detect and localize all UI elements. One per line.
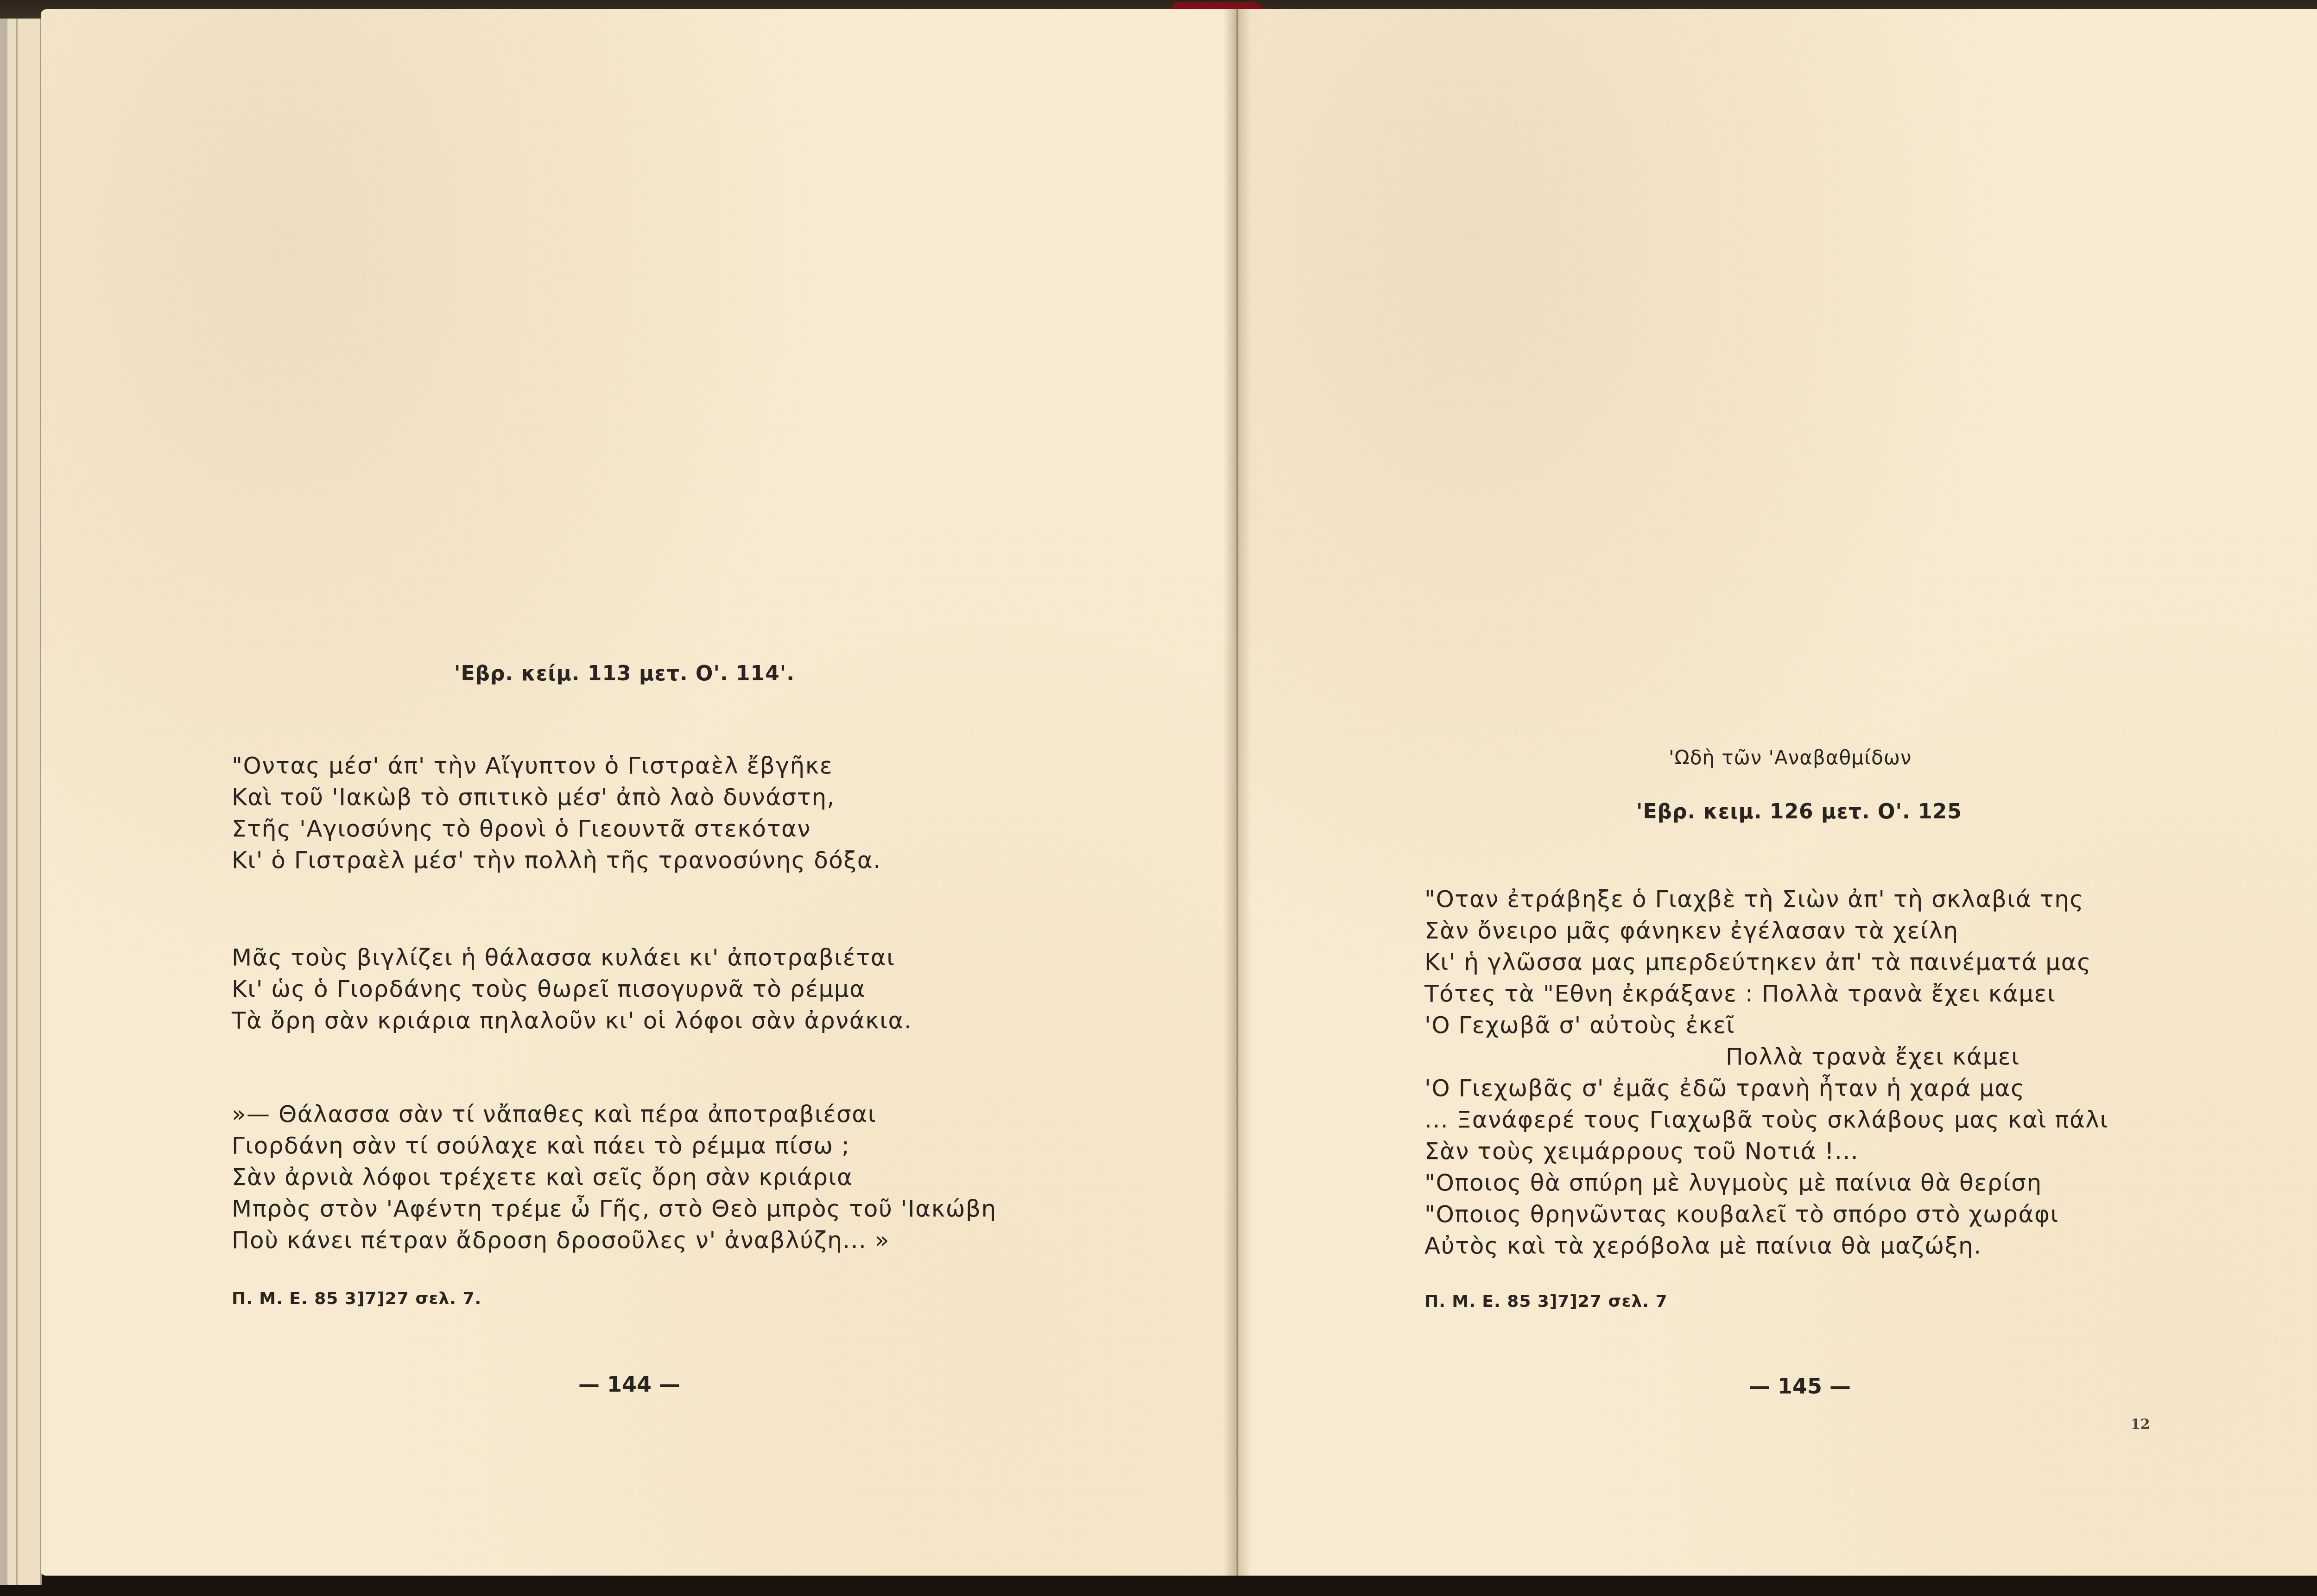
verse-line: "Οποιος θὰ σπύρη μὲ λυγμοὺς μὲ παίνια θὰ…: [1424, 1167, 2108, 1198]
verse-line: Μᾶς τοὺς βιγλίζει ἡ θάλασσα κυλάει κι' ἀ…: [232, 942, 912, 973]
verse-line: Κι' ὁ Γιστραὲλ μέσ' τὴν πολλὴ τῆς τρανοσ…: [232, 844, 881, 876]
left-page: 'Εβρ. κείμ. 113 μετ. Ο'. 114'. "Οντας μέ…: [41, 9, 1235, 1576]
verse-line: ... Ξανάφερέ τους Γιαχωβᾶ τοὺς σκλάβους …: [1424, 1104, 2108, 1135]
verse-line: Μπρὸς στὸν 'Αφέντη τρέμε ὦ Γῆς, στὸ Θεὸ …: [232, 1193, 997, 1224]
verse-line: Γιορδάνη σὰν τί σούλαχε καὶ πάει τὸ ρέμμ…: [232, 1130, 997, 1161]
verse-line: Αὐτὸς καὶ τὰ χερόβολα μὲ παίνια θὰ μαζώξ…: [1424, 1230, 2108, 1261]
right-verse-block: "Οταν ἐτράβηξε ὁ Γιαχβὲ τὴ Σιὼν ἀπ' τὴ σ…: [1424, 883, 2108, 1261]
verse-line: Σὰν ἀρνιὰ λόφοι τρέχετε καὶ σεῖς ὄρη σὰν…: [232, 1161, 997, 1193]
verse-line: Στῆς 'Αγιοσύνης τὸ θρονὶ ὁ Γιεουντᾶ στεκ…: [232, 813, 881, 844]
verse-line: "Οποιος θρηνῶντας κουβαλεῖ τὸ σπόρο στὸ …: [1424, 1198, 2108, 1230]
right-page-number: — 145 —: [1749, 1374, 1851, 1399]
verse-line: Σὰν τοὺς χειμάρρους τοῦ Νοτιά !...: [1424, 1135, 2108, 1167]
left-page-number: — 144 —: [578, 1372, 680, 1397]
verse-line: Καὶ τοῦ 'Ιακὼβ τὸ σπιτικὸ μέσ' ἀπὸ λαὸ δ…: [232, 781, 881, 813]
verse-line-indented: Πολλὰ τρανὰ ἔχει κάμει: [1424, 1041, 2108, 1072]
verse-line: Σὰν ὄνειρο μᾶς φάνηκεν ἐγέλασαν τὰ χείλη: [1424, 915, 2108, 946]
left-stanza-2: Μᾶς τοὺς βιγλίζει ἡ θάλασσα κυλάει κι' ἀ…: [232, 942, 912, 1036]
page-stack-left-edge: [0, 19, 42, 1585]
verse-line: Ποὺ κάνει πέτραν ἄδροση δροσοῦλες ν' ἀνα…: [232, 1224, 997, 1256]
left-reference-heading: 'Εβρ. κείμ. 113 μετ. Ο'. 114'.: [454, 662, 795, 685]
verse-line: "Οντας μέσ' άπ' τὴν Αἴγυπτον ὁ Γιστραὲλ …: [232, 750, 881, 781]
right-page: 'Ωδὴ τῶν 'Αναβαθμίδων 'Εβρ. κειμ. 126 με…: [1235, 9, 2317, 1576]
right-source-citation: Π. Μ. Ε. 85 3]7]27 σελ. 7: [1424, 1292, 1668, 1311]
right-reference-heading: 'Εβρ. κειμ. 126 μετ. Ο'. 125: [1636, 800, 1962, 823]
verse-line: 'Ο Γεχωβᾶ σ' αὐτοὺς ἐκεῖ: [1424, 1009, 2108, 1041]
verse-line: Κι' ἡ γλῶσσα μας μπερδεύτηκεν ἀπ' τὰ παι…: [1424, 946, 2108, 978]
left-source-citation: Π. Μ. Ε. 85 3]7]27 σελ. 7.: [232, 1289, 481, 1308]
book-gutter: [1223, 9, 1251, 1576]
left-stanza-1: "Οντας μέσ' άπ' τὴν Αἴγυπτον ὁ Γιστραὲλ …: [232, 750, 881, 876]
verse-line: 'Ο Γιεχωβᾶς σ' ἐμᾶς ἐδῶ τρανὴ ἦταν ἡ χαρ…: [1424, 1072, 2108, 1104]
verse-line: Τὰ ὄρη σὰν κριάρια πηλαλοῦν κι' οἱ λόφοι…: [232, 1005, 912, 1036]
left-stanza-3: »— Θάλασσα σὰν τί νἄπαθες καὶ πέρα ἀποτρ…: [232, 1098, 997, 1256]
verse-line: Κι' ὡς ὁ Γιορδάνης τοὺς θωρεῖ πισογυρνᾶ …: [232, 973, 912, 1005]
verse-line: »— Θάλασσα σὰν τί νἄπαθες καὶ πέρα ἀποτρ…: [232, 1098, 997, 1130]
verse-line: "Οταν ἐτράβηξε ὁ Γιαχβὲ τὴ Σιὼν ἀπ' τὴ σ…: [1424, 883, 2108, 915]
right-title: 'Ωδὴ τῶν 'Αναβαθμίδων: [1669, 746, 1912, 769]
verse-line: Τότες τὰ "Εθνη ἐκράξανε : Πολλὰ τρανὰ ἔχ…: [1424, 978, 2108, 1009]
printer-signature-mark: 12: [2131, 1416, 2150, 1432]
